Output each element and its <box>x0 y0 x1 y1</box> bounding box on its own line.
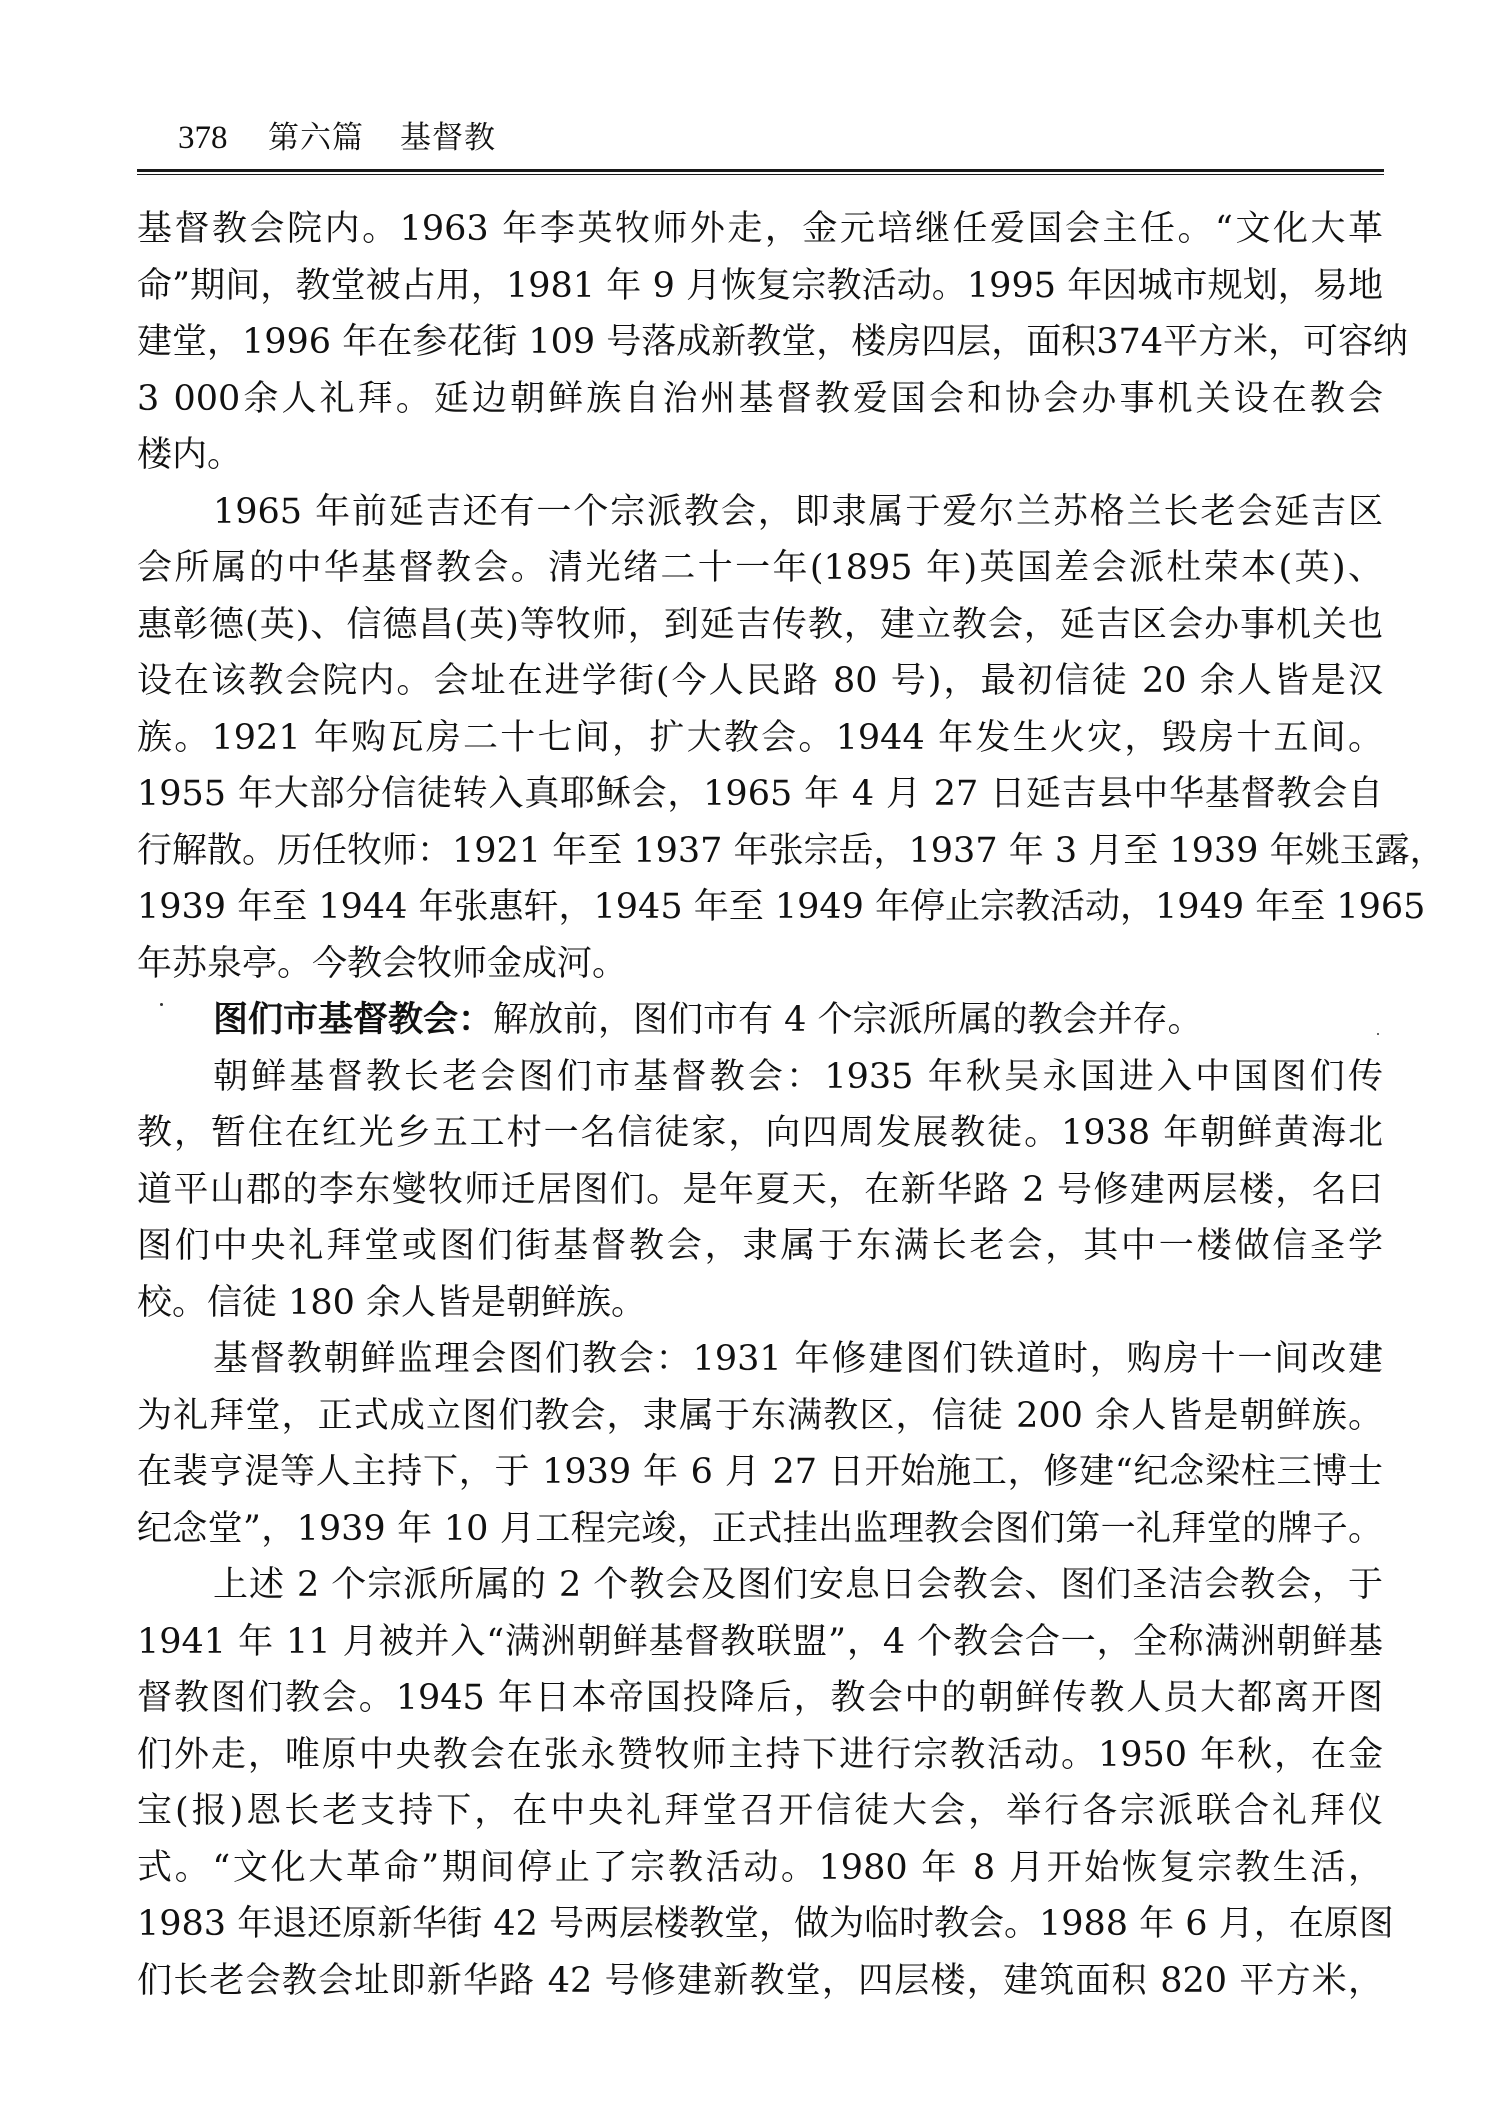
text-line: 宝(报)恩长老支持下，在中央礼拜堂召开信徒大会，举行各宗派联合礼拜仪 <box>137 1783 1383 1840</box>
text-line: 1955 年大部分信徒转入真耶稣会，1965 年 4 月 27 日延吉县中华基督… <box>137 766 1383 823</box>
text-line: 们外走，唯原中央教会在张永赞牧师主持下进行宗教活动。1950 年秋，在金 <box>137 1727 1383 1784</box>
scan-speck <box>160 1003 163 1006</box>
text-line: 道平山郡的李东燮牧师迁居图们。是年夏天，在新华路 2 号修建两层楼，名曰 <box>137 1162 1383 1219</box>
text-line: 朝鲜基督教长老会图们市基督教会：1935 年秋吴永国进入中国图们传 <box>137 1049 1383 1106</box>
text-line: 基督教会院内。1963 年李英牧师外走，金元培继任爱国会主任。“文化大革 <box>137 201 1383 258</box>
text-line: 上述 2 个宗派所属的 2 个教会及图们安息日会教会、图们圣洁会教会，于 <box>137 1557 1383 1614</box>
paragraph: 朝鲜基督教长老会图们市基督教会：1935 年秋吴永国进入中国图们传 教，暂住在红… <box>137 1049 1383 1332</box>
text-line: 为礼拜堂，正式成立图们教会，隶属于东满教区，信徒 200 余人皆是朝鲜族。 <box>137 1388 1383 1445</box>
text-line: 式。“文化大革命”期间停止了宗教活动。1980 年 8 月开始恢复宗教生活， <box>137 1840 1383 1897</box>
text-line: 校。信徒 180 余人皆是朝鲜族。 <box>137 1275 1383 1332</box>
text-line: 1965 年前延吉还有一个宗派教会，即隶属于爱尔兰苏格兰长老会延吉区 <box>137 484 1383 541</box>
text-line: 惠彰德(英)、信德昌(英)等牧师，到延吉传教，建立教会，延吉区会办事机关也 <box>137 597 1383 654</box>
text-line: 在裴亨湜等人主持下，于 1939 年 6 月 27 日开始施工，修建“纪念梁柱三… <box>137 1444 1383 1501</box>
text-line: 年苏泉亭。今教会牧师金成河。 <box>137 936 1383 993</box>
page-number: 378 <box>178 116 268 160</box>
text-line: 1941 年 11 月被并入“满洲朝鲜基督教联盟”，4 个教会合一，全称满洲朝鲜… <box>137 1614 1383 1671</box>
text-line: 设在该教会院内。会址在进学街(今人民路 80 号)，最初信徒 20 余人皆是汉 <box>137 653 1383 710</box>
text-line: 图们市基督教会：解放前，图们市有 4 个宗派所属的教会并存。 <box>137 992 1383 1049</box>
section-heading: 图们市基督教会： <box>213 1000 493 1040</box>
header-rule-thick <box>137 169 1384 172</box>
text-line: 族。1921 年购瓦房二十七间，扩大教会。1944 年发生火灾，毁房十五间。 <box>137 710 1383 767</box>
paragraph: 上述 2 个宗派所属的 2 个教会及图们安息日会教会、图们圣洁会教会，于 194… <box>137 1557 1383 2009</box>
text-line: 命”期间，教堂被占用，1981 年 9 月恢复宗教活动。1995 年因城市规划，… <box>137 258 1383 315</box>
text-line: 会所属的中华基督教会。清光绪二十一年(1895 年)英国差会派杜荣本(英)、 <box>137 540 1383 597</box>
text-line: 们长老会教会址即新华路 42 号修建新教堂，四层楼，建筑面积 820 平方米， <box>137 1953 1383 2010</box>
text-line: 行解散。历任牧师：1921 年至 1937 年张宗岳，1937 年 3 月至 1… <box>137 823 1383 880</box>
text-line: 督教图们教会。1945 年日本帝国投降后，教会中的朝鲜传教人员大都离开图 <box>137 1670 1383 1727</box>
paragraph: 1965 年前延吉还有一个宗派教会，即隶属于爱尔兰苏格兰长老会延吉区 会所属的中… <box>137 484 1383 993</box>
text-line: 纪念堂”，1939 年 10 月工程完竣，正式挂出监理教会图们第一礼拜堂的牌子。 <box>137 1501 1383 1558</box>
body-text: 基督教会院内。1963 年李英牧师外走，金元培继任爱国会主任。“文化大革 命”期… <box>137 201 1383 2009</box>
header-rule-thin <box>137 174 1384 175</box>
paragraph: 基督教朝鲜监理会图们教会：1931 年修建图们铁道时，购房十一间改建 为礼拜堂，… <box>137 1331 1383 1557</box>
chapter-title: 基督教 <box>400 116 496 160</box>
text-line: 教，暂住在红光乡五工村一名信徒家，向四周发展教徒。1938 年朝鲜黄海北 <box>137 1105 1383 1162</box>
section-intro: 解放前，图们市有 4 个宗派所属的教会并存。 <box>493 1000 1203 1040</box>
part-title: 第六篇 <box>268 116 400 160</box>
text-line: 1939 年至 1944 年张惠轩，1945 年至 1949 年停止宗教活动，1… <box>137 879 1383 936</box>
paragraph: 基督教会院内。1963 年李英牧师外走，金元培继任爱国会主任。“文化大革 命”期… <box>137 201 1383 484</box>
text-line: 图们中央礼拜堂或图们街基督教会，隶属于东满长老会，其中一楼做信圣学 <box>137 1218 1383 1275</box>
running-header: 378第六篇基督教 <box>178 116 496 160</box>
text-line: 建堂，1996 年在参花街 109 号落成新教堂，楼房四层，面积374平方米，可… <box>137 314 1383 371</box>
text-line: 基督教朝鲜监理会图们教会：1931 年修建图们铁道时，购房十一间改建 <box>137 1331 1383 1388</box>
text-line: 楼内。 <box>137 427 1383 484</box>
text-line: 3 000余人礼拜。延边朝鲜族自治州基督教爱国会和协会办事机关设在教会 <box>137 371 1383 428</box>
text-line: 1983 年退还原新华街 42 号两层楼教堂，做为临时教会。1988 年 6 月… <box>137 1896 1383 1953</box>
scan-speck <box>1377 1033 1379 1035</box>
section-heading-paragraph: 图们市基督教会：解放前，图们市有 4 个宗派所属的教会并存。 <box>137 992 1383 1049</box>
